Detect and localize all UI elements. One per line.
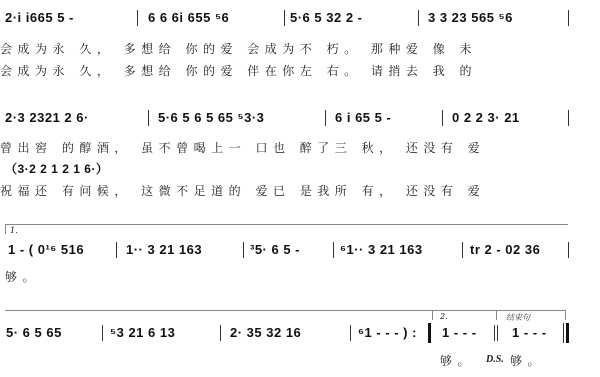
staff-line-4: 5· 6 5 65 ⁵3 21 6 13 2· 35 32 16 ⁶1 - - … [0, 325, 600, 343]
measure-19-ending: 1 - - - [512, 325, 547, 340]
barline [284, 10, 285, 26]
double-barline [497, 325, 498, 341]
barline [220, 325, 221, 341]
volta-2-label: 2. [440, 312, 448, 321]
volta-1-bracket-start [5, 224, 6, 234]
volta-1-bracket [5, 224, 568, 225]
lyrics-verse-1: 会成为永 久， 多想给 你的爱 会成为不 朽。 那种爱 像 未 [0, 40, 600, 57]
staff-line-1: 2·i i665 5 - 6 6 6i 655 ⁵6 5·6 5 32 2 - … [0, 10, 600, 28]
staff-line-3: 1 - ( 0¹⁶ 516 1·· 3 21 163 ³5· 6 5 - ⁶1·… [0, 242, 600, 260]
measure-16: 2· 35 32 16 [230, 325, 301, 340]
lyric-line-3: 够。 [5, 268, 600, 285]
barline [102, 325, 103, 341]
barline [442, 110, 443, 126]
barline [568, 242, 569, 258]
barline [148, 110, 149, 126]
barline [116, 242, 117, 258]
volta-2-bracket [432, 310, 496, 311]
double-barline [494, 325, 495, 341]
lyric-ending: 够。 [510, 352, 545, 369]
staff-line-2: 2·3 2321 2 6· 5·6 5 6 5 65 ⁵3·3 6 i 65 5… [0, 110, 600, 128]
barline [350, 325, 351, 341]
barline [462, 242, 463, 258]
measure-9: 1 - ( 0¹⁶ 516 [8, 242, 84, 257]
measure-7: 6 i 65 5 - [335, 110, 391, 125]
measure-1: 2·i i665 5 - [5, 10, 74, 25]
bracket-tick [432, 310, 433, 320]
barline [243, 242, 244, 258]
measure-4: 3 3 23 565 ⁵6 [428, 10, 513, 25]
measure-5: 2·3 2321 2 6· [5, 110, 89, 125]
repeat-end-barline [428, 323, 431, 343]
barline [325, 110, 326, 126]
lyrics-verse-2: 会成为永 久， 多想给 你的爱 伴在你左 右。 请捎去 我 的 [0, 62, 600, 79]
lyrics-verse-2: 祝福还 有问候， 这微不足道的 爱已 是我所 有， 还没有 爱 [0, 182, 600, 199]
ds-mark: D.S. [486, 354, 504, 365]
measure-11: ³5· 6 5 - [250, 242, 300, 257]
barline [418, 10, 419, 26]
barline [333, 242, 334, 258]
final-barline-thick [566, 323, 569, 343]
measure-13: tr 2 - 02 36 [470, 242, 540, 257]
measure-3: 5·6 5 32 2 - [290, 10, 363, 25]
bracket-tick [496, 310, 497, 320]
repeat-bracket [5, 310, 432, 311]
measure-2: 6 6 6i 655 ⁵6 [148, 10, 229, 25]
bracket-tick [565, 310, 566, 320]
barline [568, 10, 569, 26]
measure-10: 1·· 3 21 163 [126, 242, 202, 257]
measure-12: ⁶1·· 3 21 163 [340, 242, 423, 257]
measure-6: 5·6 5 6 5 65 ⁵3·3 [158, 110, 264, 125]
ending-bracket [497, 310, 565, 311]
barline [137, 10, 138, 26]
measure-17: ⁶1 - - - ) : [358, 325, 417, 340]
lyric-volta-2: 够。 [440, 352, 475, 369]
interlude-notes: （3·2 2 1 2 1 6·） [5, 160, 600, 177]
barline [568, 110, 569, 126]
ending-label: 结束句 [506, 312, 530, 323]
measure-14: 5· 6 5 65 [6, 325, 62, 340]
final-barline-thin [563, 323, 564, 343]
measure-18-volta-2: 1 - - - [442, 325, 477, 340]
measure-15: ⁵3 21 6 13 [110, 325, 175, 340]
measure-8: 0 2 2 3· 21 [452, 110, 520, 125]
lyrics-verse-1: 曾出窖 的醇酒， 虽不曾喝上一 口也 醉了三 秋， 还没有 爱 [0, 139, 600, 156]
volta-1-label: 1. [10, 226, 18, 235]
